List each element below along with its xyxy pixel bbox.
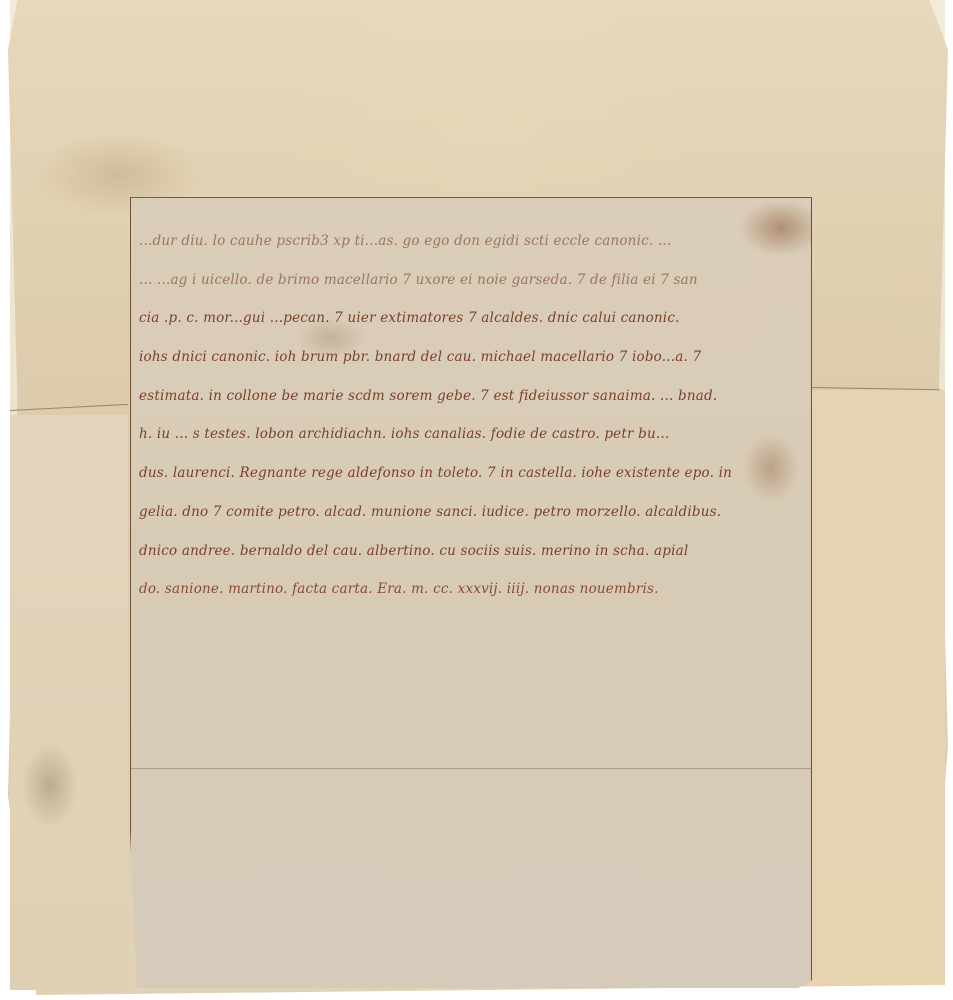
text-line: do. sanione. martino. facta carta. Era. …	[139, 570, 799, 609]
charter-text: ...dur diu. lo cauhe pscrib3 xp ti...as.…	[139, 222, 799, 609]
text-line: cia .p. c. mor...gui ...pecan. 7 uier ex…	[139, 299, 799, 338]
text-line: h. iu ... s testes. lobon archidiachn. i…	[139, 415, 799, 454]
horizontal-crease	[131, 768, 811, 769]
text-line: ... ...ag i uicello. de brimo macellario…	[139, 261, 799, 300]
text-line: dus. laurenci. Regnante rege aldefonso i…	[139, 454, 799, 493]
text-line: gelia. dno 7 comite petro. alcad. munion…	[139, 493, 799, 532]
text-line: ...dur diu. lo cauhe pscrib3 xp ti...as.…	[139, 222, 799, 261]
text-line: dnico andree. bernaldo del cau. albertin…	[139, 532, 799, 571]
parchment-left-flap	[10, 415, 128, 990]
charter-inner-sheet: ...dur diu. lo cauhe pscrib3 xp ti...as.…	[130, 197, 812, 988]
text-line: estimata. in collone be marie scdm sorem…	[139, 377, 799, 416]
parchment-right-flap	[810, 390, 945, 985]
text-line: iohs dnici canonic. ioh brum pbr. bnard …	[139, 338, 799, 377]
